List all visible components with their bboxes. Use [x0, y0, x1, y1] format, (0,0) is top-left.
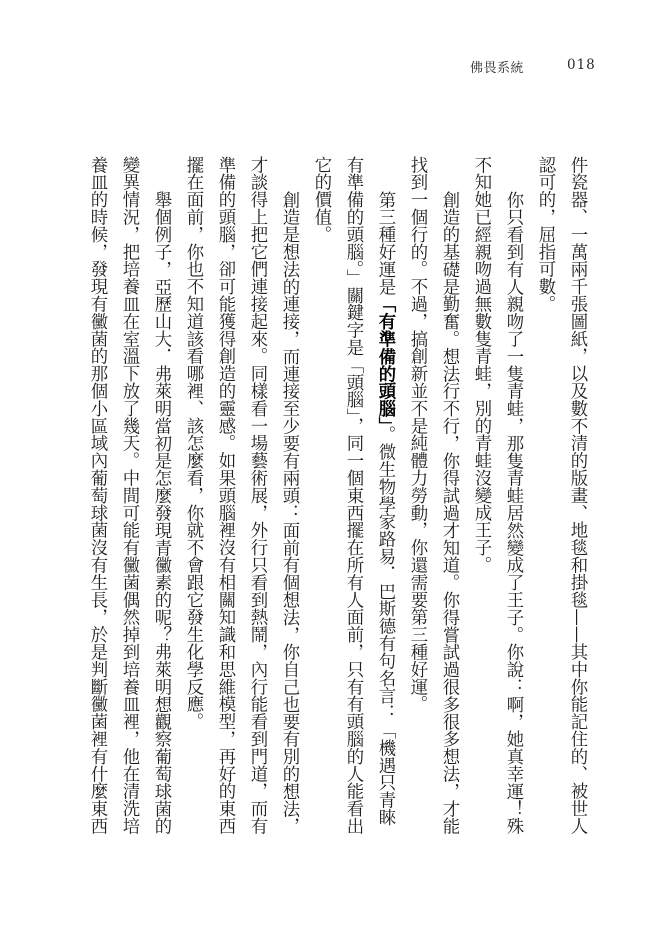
- emphasis-text: 「有準備的頭腦」: [375, 295, 395, 426]
- body-text: 舉個例子，亞歷山大．弗萊明當初是怎麼發現青黴素的呢？弗萊明想觀察葡萄球菌的變異情…: [87, 156, 171, 835]
- body-text: 你只看到有人親吻了一隻青蛙，那隻青蛙居然變成了王子。你說：啊，她真幸運！殊不知她…: [471, 156, 523, 835]
- running-head-book-title: 佛畏系統: [470, 57, 524, 76]
- body-text: 第三種好運是: [375, 191, 395, 295]
- book-page: 佛畏系統 018 件瓷器、一萬兩千張圖紙，以及數不清的版畫、地毯和掛毯——其中你…: [0, 0, 663, 932]
- page-number: 018: [567, 57, 596, 73]
- body-text: 件瓷器、一萬兩千張圖紙，以及數不清的版畫、地毯和掛毯——其中你能記住的、被世人認…: [535, 156, 587, 835]
- paragraph: 創造是想法的連接，而連接至少要有兩頭：面前有個想法，你自己也要有別的想法，才談得…: [177, 156, 305, 840]
- body-text: 創造是想法的連接，而連接至少要有兩頭：面前有個想法，你自己也要有別的想法，才談得…: [183, 156, 299, 835]
- paragraph: 舉個例子，亞歷山大．弗萊明當初是怎麼發現青黴素的呢？弗萊明想觀察葡萄球菌的變異情…: [81, 156, 177, 840]
- body-text: 創造的基礎是勤奮。想法行不行，你得試過才知道。你得嘗試過很多很多想法，才能找到一…: [407, 156, 459, 835]
- paragraph: 件瓷器、一萬兩千張圖紙，以及數不清的版畫、地毯和掛毯——其中你能記住的、被世人認…: [529, 156, 593, 840]
- paragraph: 創造的基礎是勤奮。想法行不行，你得試過才知道。你得嘗試過很多很多想法，才能找到一…: [401, 156, 465, 840]
- vertical-text-block: 件瓷器、一萬兩千張圖紙，以及數不清的版畫、地毯和掛毯——其中你能記住的、被世人認…: [81, 156, 593, 840]
- paragraph: 第三種好運是「有準備的頭腦」。微生物學家路易．巴斯德有句名言：「機遇只青睞有準備…: [305, 156, 401, 840]
- paragraph: 你只看到有人親吻了一隻青蛙，那隻青蛙居然變成了王子。你說：啊，她真幸運！殊不知她…: [465, 156, 529, 840]
